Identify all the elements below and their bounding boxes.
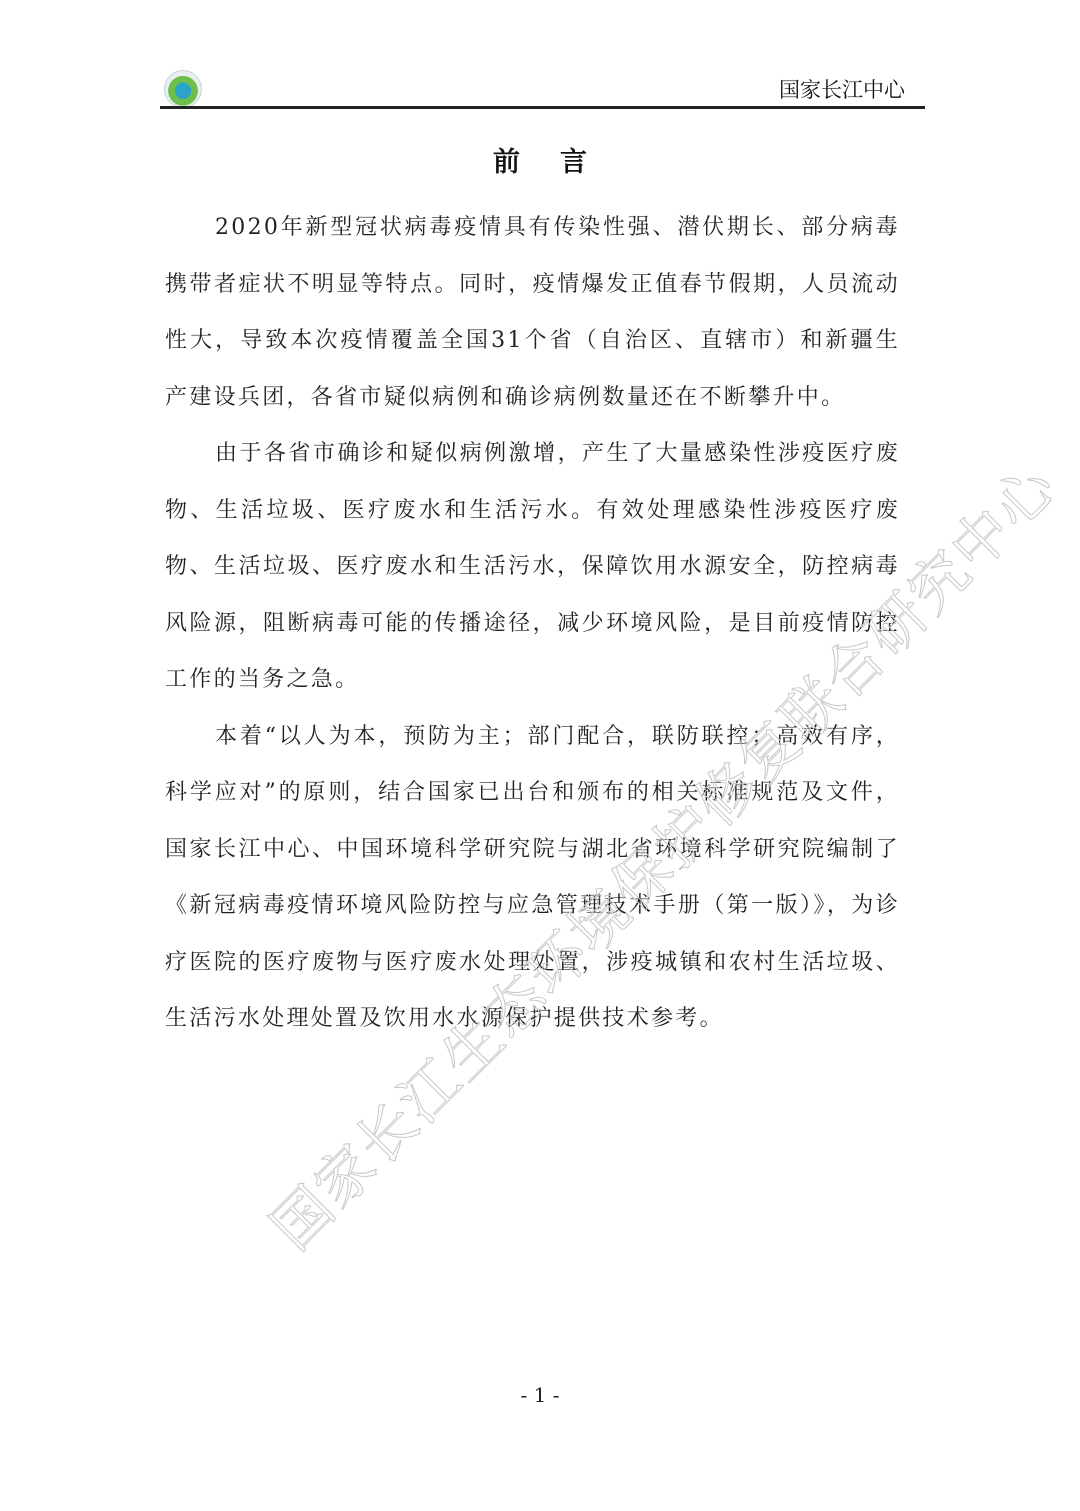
page-number: - 1 - [0,1383,1080,1407]
paragraph: 由于各省市确诊和疑似病例激增，产生了大量感染性涉疫医疗废物、生活垃圾、医疗废水和… [165,426,900,709]
document-body: 2020年新型冠状病毒疫情具有传染性强、潜伏期长、部分病毒携带者症状不明显等特点… [165,200,900,1048]
header-title: 国家长江中心 [779,74,905,104]
paragraph: 2020年新型冠状病毒疫情具有传染性强、潜伏期长、部分病毒携带者症状不明显等特点… [165,200,900,426]
paragraph: 本着“以人为本，预防为主；部门配合，联防联控；高效有序，科学应对”的原则，结合国… [165,709,900,1048]
page-header: 国家长江中心 [160,66,925,108]
header-divider [160,106,925,109]
organization-logo-icon [164,70,202,108]
page-title: 前言 [0,140,1080,179]
